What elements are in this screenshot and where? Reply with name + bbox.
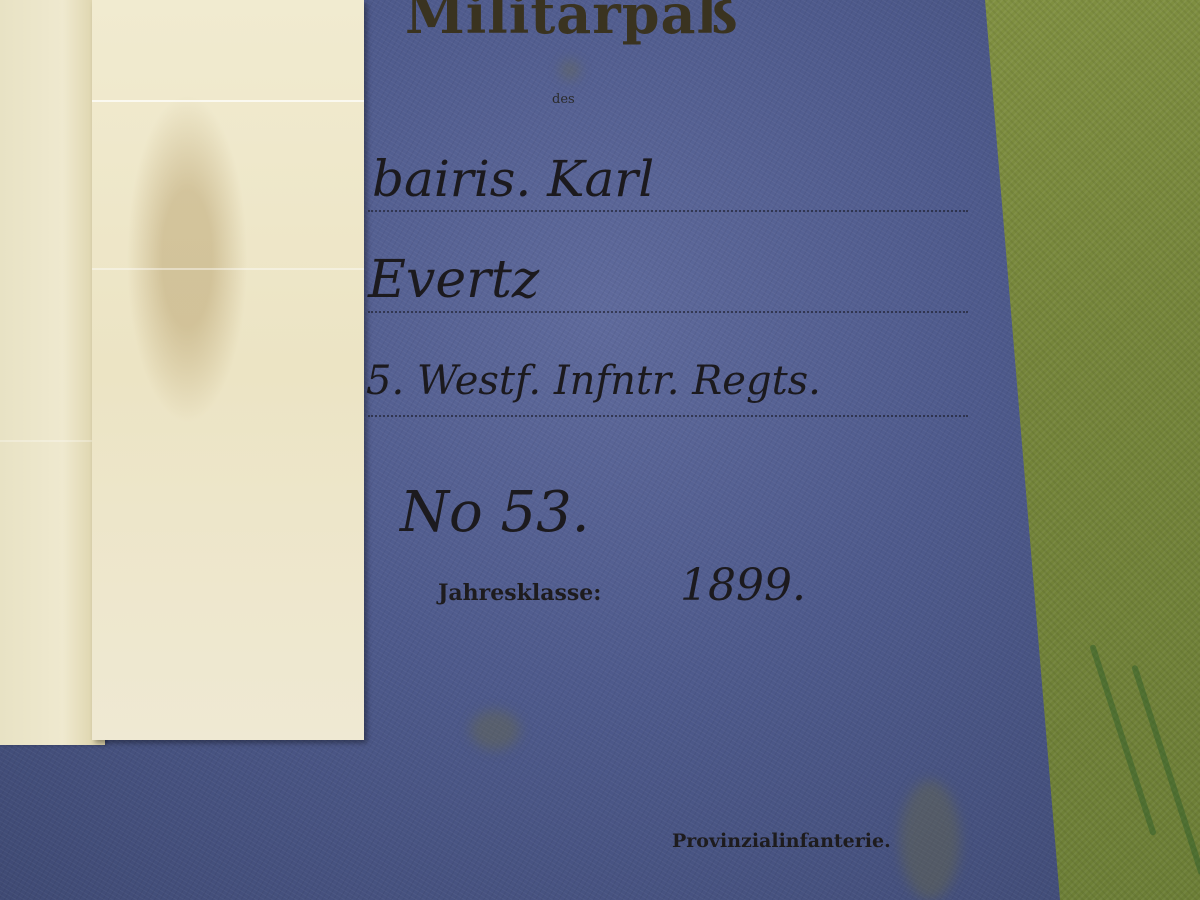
handwritten-year: 1899. [680,560,806,611]
fold-line [92,268,364,270]
stain [470,710,520,750]
fold-line [0,440,105,442]
cloth-streak [1089,644,1157,836]
document-title: Militärpaß [405,0,738,46]
handwritten-regiment: 5. Westf. Infntr. Regts. [366,358,821,404]
handwritten-number: No 53. [400,480,590,545]
outer-paper-flap [0,0,105,745]
handwritten-surname: Evertz [368,250,539,310]
year-class-label: Jahresklasse: [438,580,601,606]
dotted-rule [368,311,968,313]
stain [560,60,580,80]
fold-line [92,100,364,102]
dotted-rule [368,210,968,212]
stain [900,780,960,900]
inner-paper-flap [92,0,364,740]
dotted-rule [368,415,968,417]
handwritten-name-line: bairis. Karl [372,150,654,208]
footer-text: Provinzialinfanterie. [672,830,891,852]
preposition-text: des [552,92,575,107]
cloth-streak [1131,664,1200,875]
